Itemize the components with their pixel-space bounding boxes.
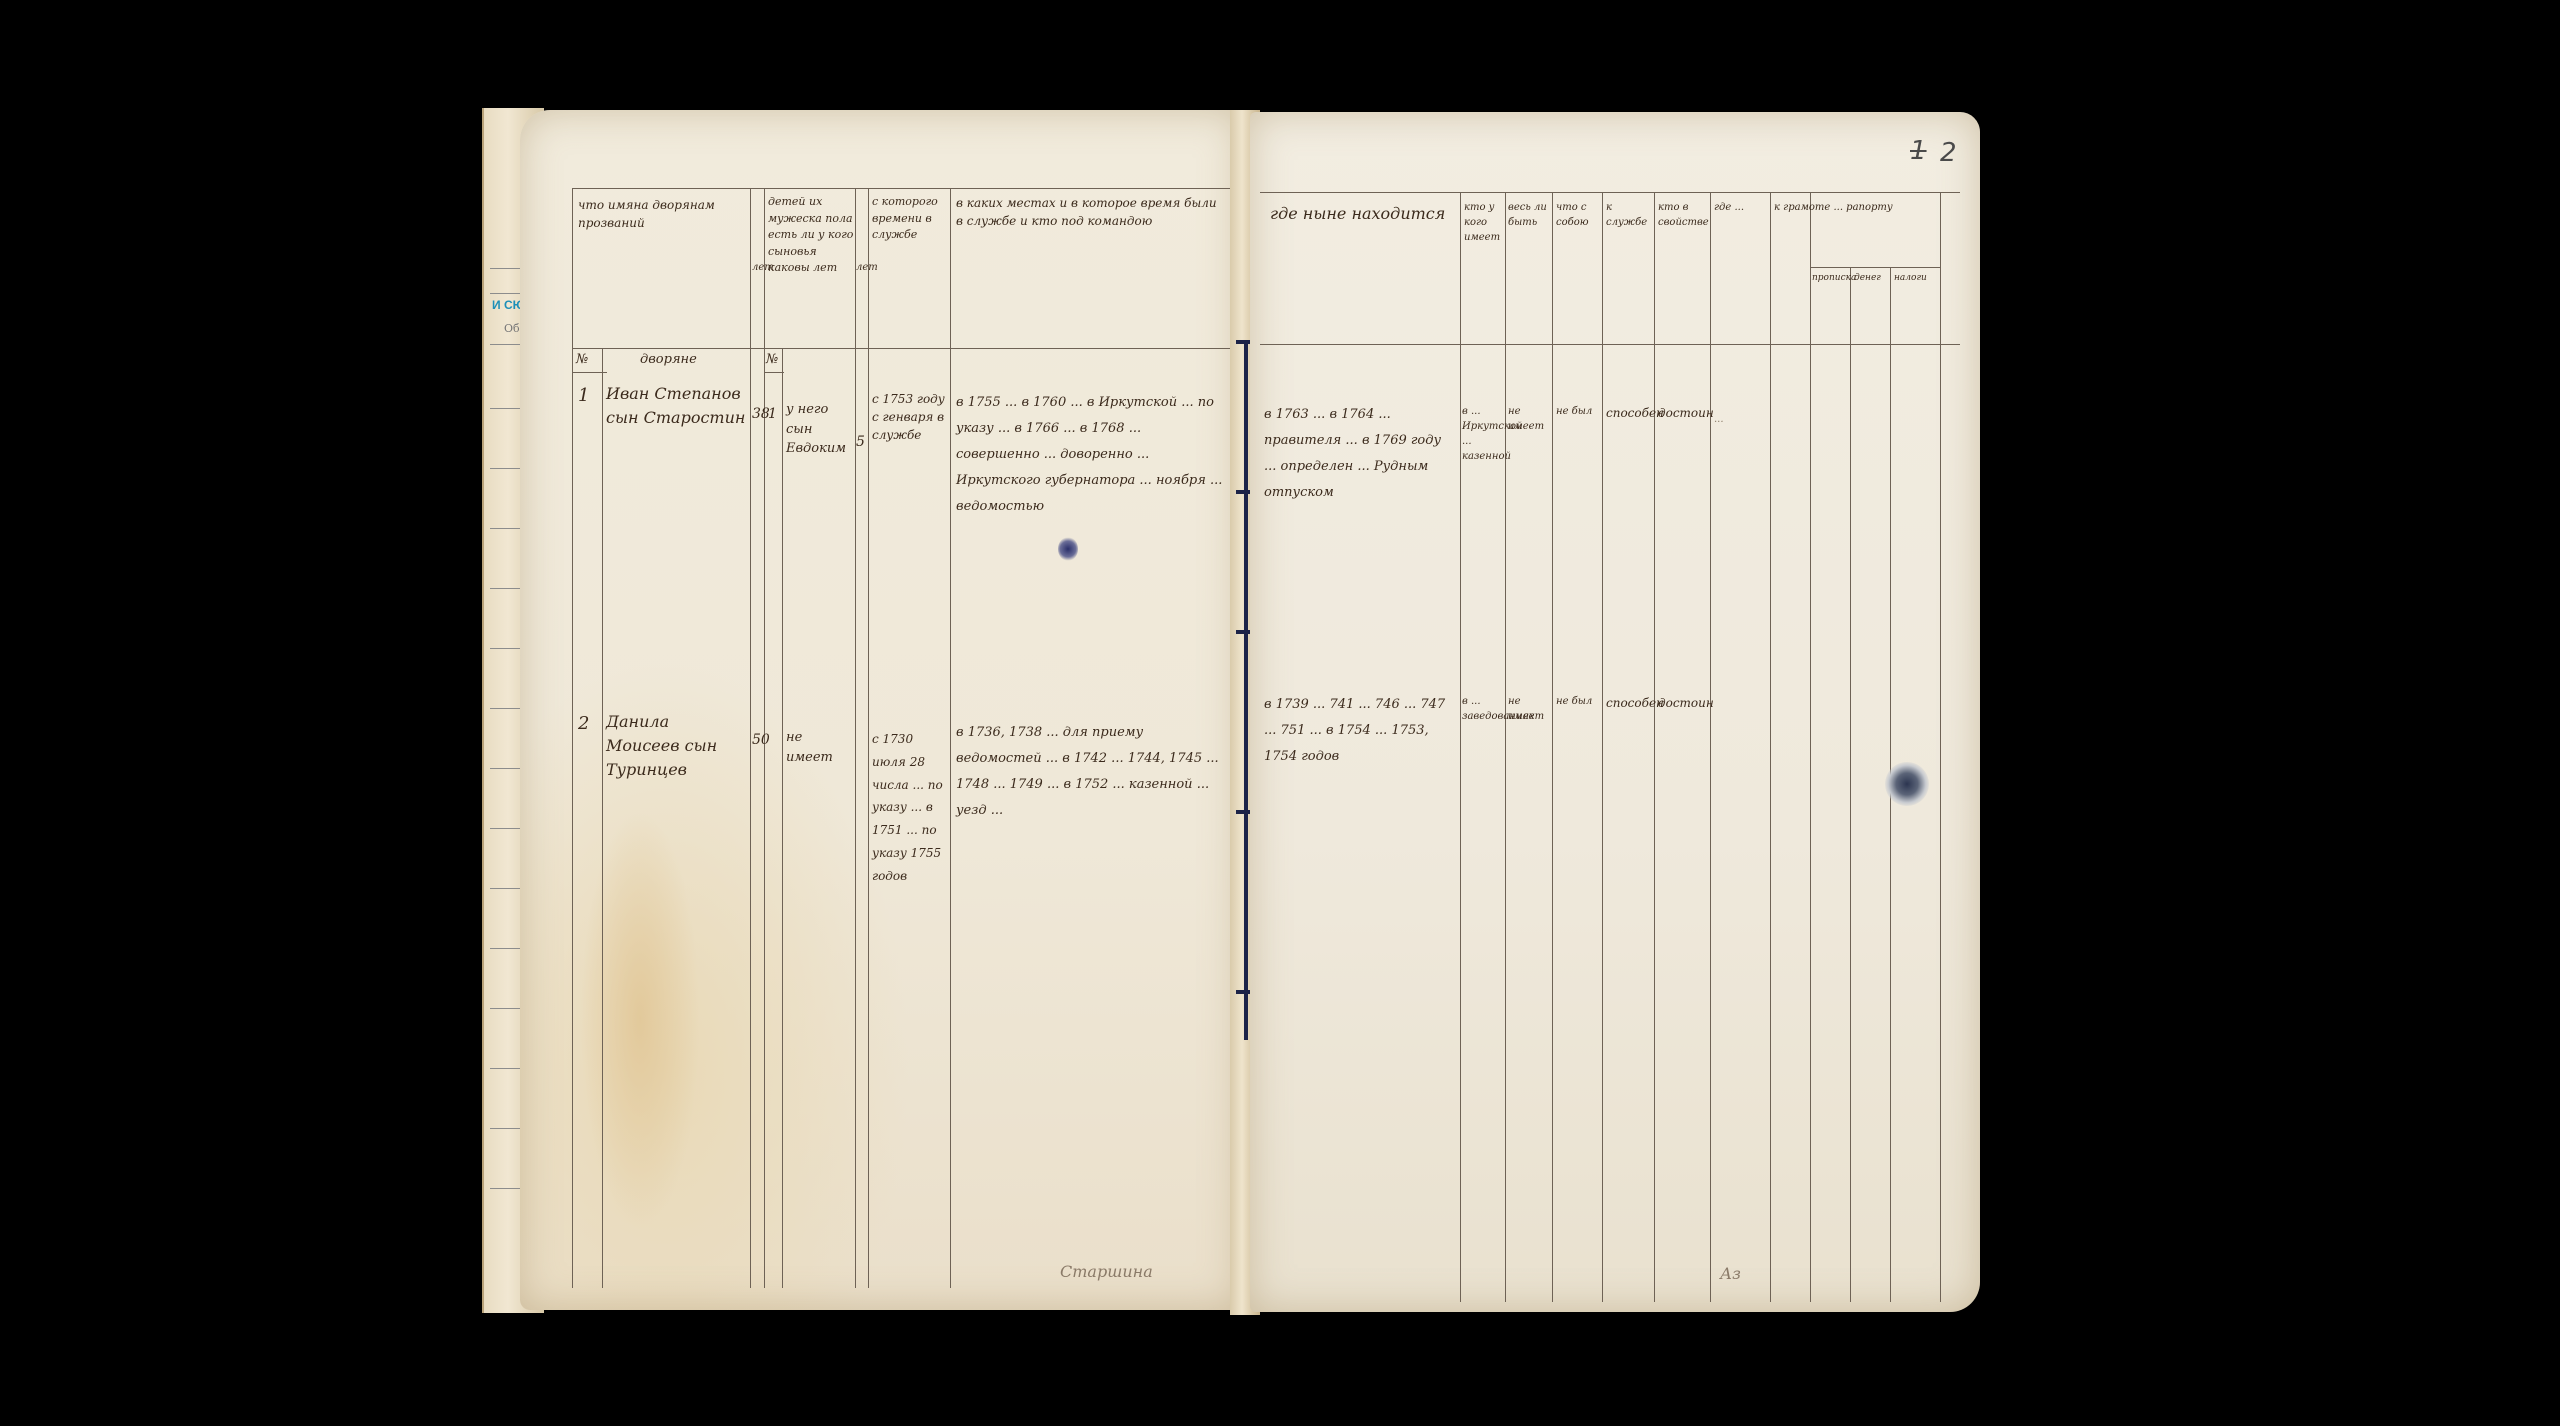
entry-2-col-2: не имеет [1508, 694, 1550, 724]
header-col-3: что с собою [1556, 200, 1600, 230]
entry-2-col-4: способен [1606, 694, 1652, 712]
section-label: дворяне [640, 350, 697, 370]
header-col-1: кто у кого имеет [1464, 200, 1504, 245]
header-col-7b: денег [1854, 272, 1888, 286]
signature: Старшина [1060, 1260, 1153, 1284]
header-col-4: к службе [1606, 200, 1652, 230]
entry-2-where-now: в 1739 ... 741 ... 746 ... 747 ... 751 .… [1264, 692, 1454, 770]
entry-1-col-6: ... [1714, 412, 1768, 427]
header-name: что имяна дворянам прозваний [578, 196, 748, 232]
entry-1-child-number: 1 [768, 404, 777, 425]
left-page: что имяна дворянам прозваний лет детей и… [520, 110, 1240, 1310]
entry-1-col-3: не был [1556, 404, 1600, 419]
number-mark-children: № [766, 350, 778, 370]
entry-2-child: не имеет [786, 728, 852, 767]
header-col-7: к грамоте ... рапорту [1774, 200, 1938, 215]
entry-1-child: у него сын Евдоким [786, 400, 852, 459]
ink-blot [1058, 537, 1078, 561]
header-age: лет [752, 260, 764, 275]
entry-2-number: 2 [578, 710, 589, 737]
header-col-6: где ... [1714, 200, 1768, 215]
entry-1-col-4: способен [1606, 404, 1652, 422]
footer-mark: Аз [1720, 1262, 1741, 1286]
entry-1-col-5: достоин [1658, 404, 1708, 422]
folio-number-struck: 1 [1910, 132, 1927, 171]
folio-number: 2 [1940, 134, 1957, 173]
entry-2-name: Данила Моисеев сын Туринцев [606, 710, 746, 782]
header-col-2: весь ли быть [1508, 200, 1550, 230]
header-service-record: в каких местах и в которое время были в … [956, 194, 1226, 230]
header-service-start: с которого времени в службе [872, 194, 950, 244]
open-register-book: И СЮ Общ что имяна дворянам прозваний ле… [470, 100, 2000, 1320]
entry-1-service-record: в 1755 ... в 1760 ... в Иркутской ... по… [956, 390, 1226, 520]
entry-1-number: 1 [578, 382, 589, 409]
entry-2-service-start: с 1730 июля 28 числа ... по указу ... в … [872, 728, 948, 888]
entry-2-col-3: не был [1556, 694, 1600, 709]
entry-2-col-1: в ... заведованиях [1462, 694, 1504, 724]
header-where-now: где ныне находится [1270, 202, 1450, 226]
binding-thread [1244, 340, 1248, 1040]
header-col-7c: налоги [1894, 272, 1938, 286]
entry-1-service-start: с 1753 году с генваря в службе [872, 390, 948, 444]
header-children: детей их мужеска пола есть ли у кого сын… [768, 194, 854, 277]
entry-2-age: 50 [752, 730, 770, 751]
header-children-age: лет [856, 260, 868, 275]
entry-1-col-1: в ... Иркутской ... казенной [1462, 404, 1504, 464]
entry-1-child-age: 5 [856, 432, 865, 453]
entry-1-where-now: в 1763 ... в 1764 ... правителя ... в 17… [1264, 402, 1454, 506]
header-col-7a: прописка [1812, 272, 1848, 286]
number-mark: № [576, 350, 588, 370]
right-page: 1 2 где ныне находится кто у кого имеет … [1250, 112, 1980, 1312]
entry-2-service-record: в 1736, 1738 ... для приему ведомостей .… [956, 720, 1226, 824]
ink-blot [1885, 762, 1929, 806]
entry-1-col-2: не имеет [1508, 404, 1550, 434]
entry-1-name: Иван Степанов сын Старостин [606, 382, 746, 430]
entry-2-col-5: достоин [1658, 694, 1708, 712]
header-col-5: кто в свойстве [1658, 200, 1708, 230]
